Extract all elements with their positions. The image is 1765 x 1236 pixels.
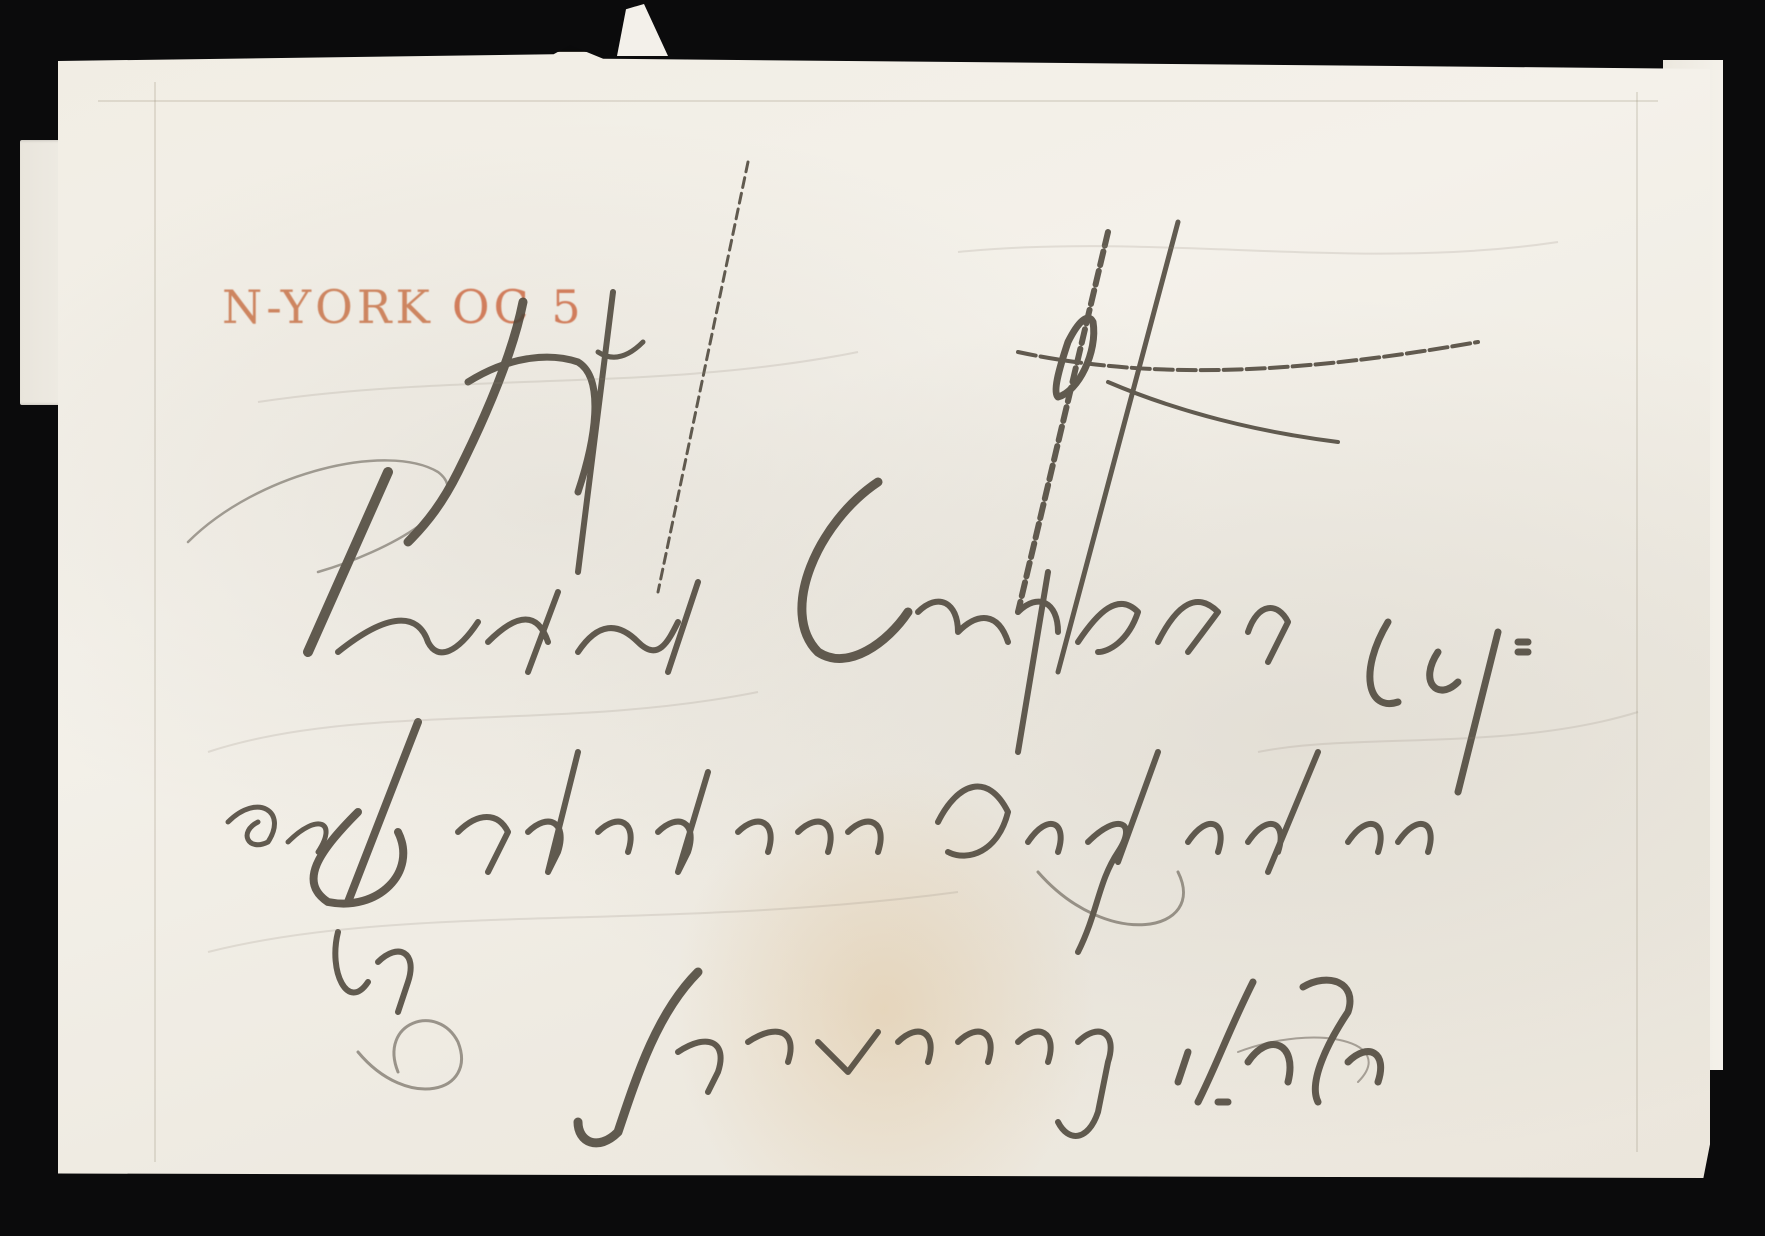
- address-line-2: of Ardchattan Argyleshire: [58, 52, 59, 53]
- address-line-3-suffix: N.B.: [58, 52, 59, 53]
- address-line-3-prefix: by: [58, 52, 59, 53]
- address-line-3: Inverary: [58, 52, 59, 53]
- torn-paper-tab: [608, 4, 668, 56]
- rate-marking-right: 24: [58, 52, 59, 53]
- photo-background: N-YORKOC 5: [0, 0, 1765, 1236]
- address-line-1: Patrick Campbell Esq.: [58, 52, 59, 53]
- letter-cover: N-YORKOC 5: [58, 52, 1710, 1178]
- handwriting-ink: [58, 52, 1710, 1178]
- rate-marking-left: 5/-: [58, 52, 59, 53]
